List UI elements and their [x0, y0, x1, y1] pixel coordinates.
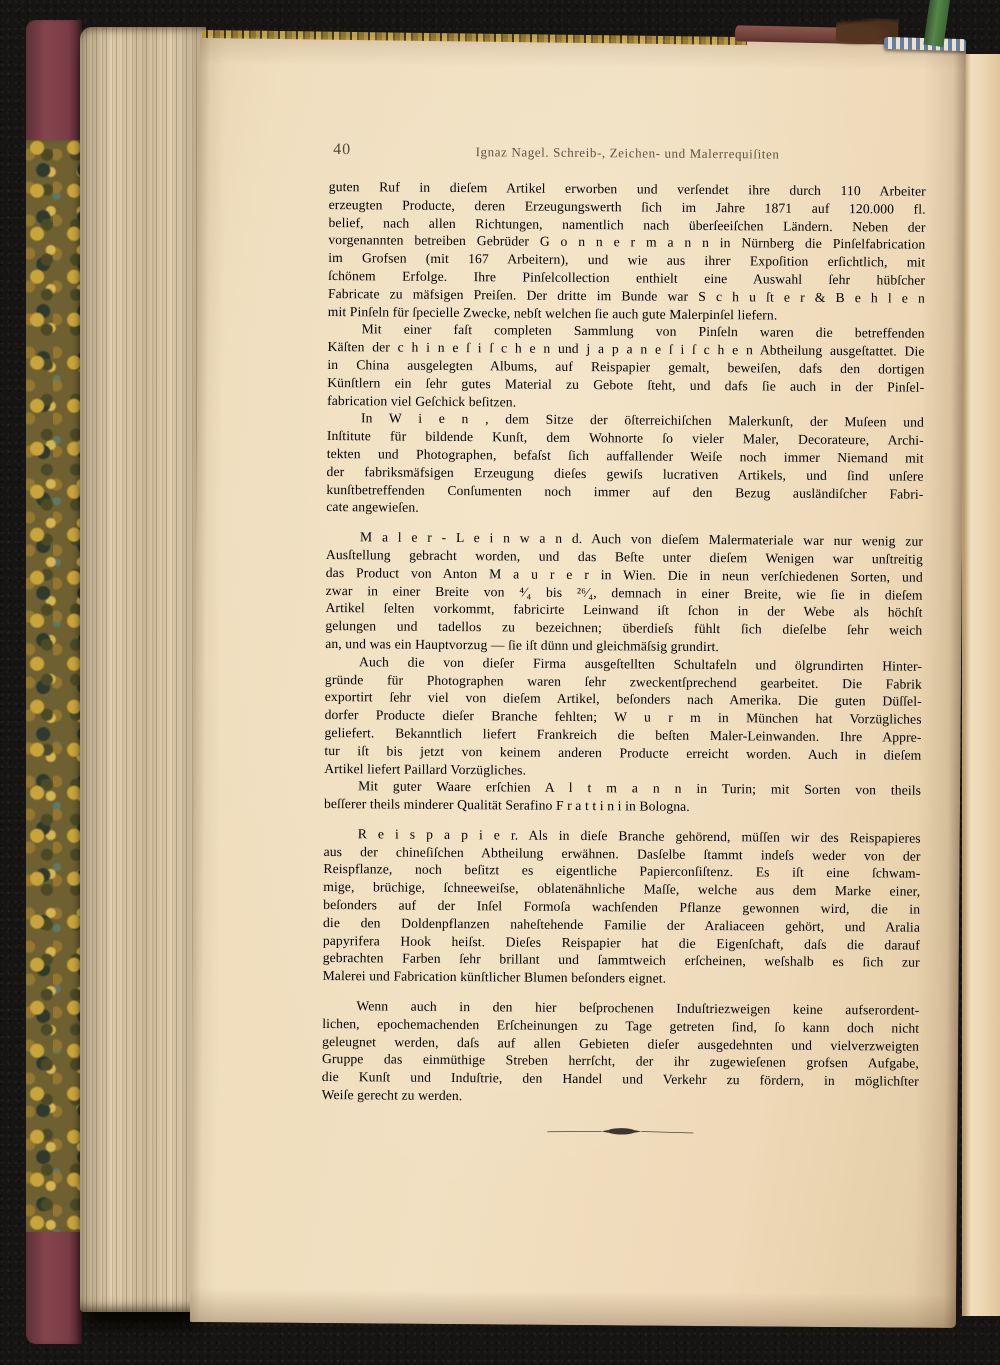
section-divider [321, 1119, 918, 1141]
marbled-paper-edge [26, 140, 82, 1232]
adjacent-page-sliver [962, 54, 1000, 1316]
text-body: guten Ruf in dieſem Artikel erworben und… [321, 178, 926, 1141]
page-header: 40 Ignaz Nagel. Schreib-, Zeichen- und M… [329, 143, 926, 170]
paragraph: R e i s p a p i e r. Als in dieſe Branch… [323, 825, 921, 990]
running-title: Ignaz Nagel. Schreib-, Zeichen- und Male… [476, 144, 780, 161]
fleuron-divider-icon [545, 1124, 695, 1137]
paragraph: In W i e n , dem Sitze der öſterreichiſc… [326, 409, 924, 520]
paragraph: Mit einer faſt completen Sammlung von Pi… [327, 320, 925, 414]
scanned-book-photo: 40 Ignaz Nagel. Schreib-, Zeichen- und M… [0, 0, 1000, 1365]
page-fore-edge-stack [80, 27, 206, 1312]
book-page: 40 Ignaz Nagel. Schreib-, Zeichen- und M… [190, 36, 966, 1328]
paragraph: Auch die von dieſer Firma ausgeſtellten … [324, 653, 922, 782]
book-cover-board-left [26, 20, 82, 1344]
paragraph: Mit guter Waare erſchien A l t m a n n i… [324, 777, 921, 817]
paragraph: Wenn auch in den hier beſprochenen Induſ… [322, 997, 920, 1108]
page-number: 40 [333, 141, 351, 159]
paragraph: guten Ruf in dieſem Artikel erworben und… [328, 178, 926, 325]
paragraph: M a l e r - L e i n w a n d. Auch von di… [325, 528, 923, 657]
